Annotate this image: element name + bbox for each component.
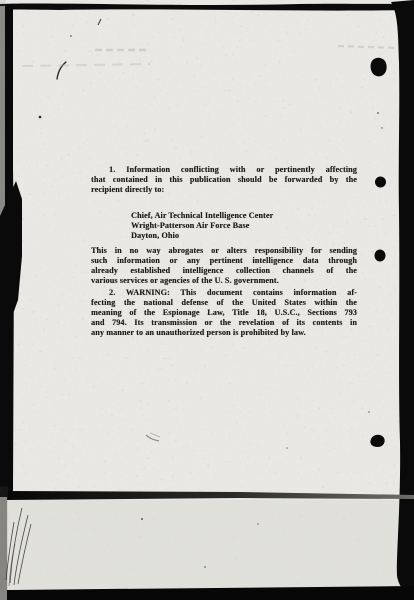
- forwarding-line: 1. Information conflicting with or perti…: [91, 165, 357, 175]
- responsibility-paragraph: This in no way abrogates or alters respo…: [91, 246, 357, 286]
- warning-line: 2. WARNING: This document contains infor…: [91, 288, 357, 298]
- punch-hole-1: [371, 58, 387, 77]
- responsibility-line: various services or agencies of the U. S…: [91, 276, 357, 286]
- warning-line: meaning of the Espionage Law, Title 18, …: [91, 308, 357, 318]
- responsibility-line: already established intelligence collect…: [91, 266, 357, 276]
- punch-hole-3: [375, 250, 386, 262]
- warning-paragraph: 2. WARNING: This document contains infor…: [91, 288, 357, 338]
- warning-line: any manner to an unauthorized person is …: [91, 328, 357, 338]
- forwarding-line: recipient directly to:: [91, 185, 357, 195]
- bottom-left-corner: [0, 497, 7, 600]
- forwarding-paragraph: 1. Information conflicting with or perti…: [91, 165, 357, 195]
- punch-hole-2: [375, 177, 386, 188]
- page-text-block: 1. Information conflicting with or perti…: [91, 165, 357, 338]
- address-line-org: Chief, Air Technical Intelligence Center: [131, 211, 357, 221]
- forwarding-line: that contained in this publication shoul…: [91, 175, 357, 185]
- warning-line: fecting the national defense of the Unit…: [91, 298, 357, 308]
- bottom-underpage-band: [4, 500, 414, 589]
- address-line-base: Wright-Patterson Air Force Base: [131, 221, 357, 231]
- responsibility-line: such information or any pertinent intell…: [91, 256, 357, 266]
- scanned-document-page: 1. Information conflicting with or perti…: [0, 0, 414, 600]
- address-line-city: Dayton, Ohio: [131, 231, 357, 241]
- responsibility-line: This in no way abrogates or alters respo…: [91, 246, 357, 256]
- address-block: Chief, Air Technical Intelligence Center…: [131, 211, 357, 241]
- warning-line: and 794. Its transmission or the revelat…: [91, 318, 357, 328]
